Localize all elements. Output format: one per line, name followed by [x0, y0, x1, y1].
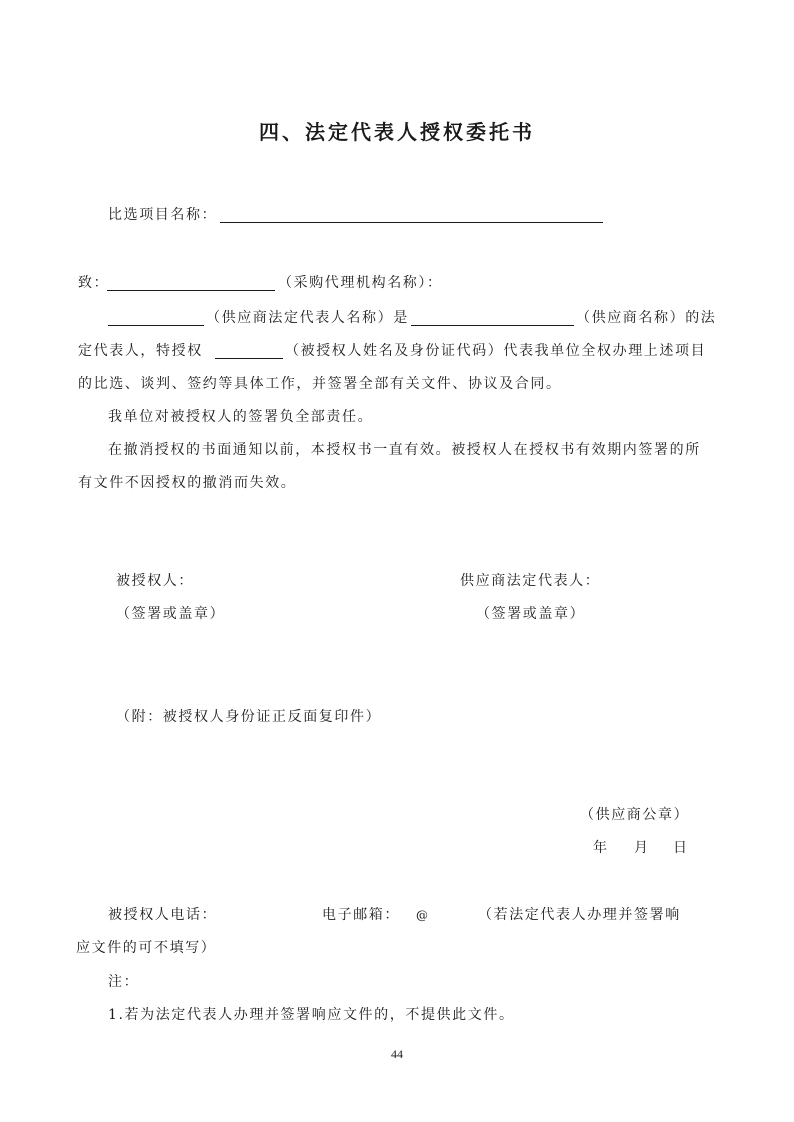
para1-seg2: （供应商名称）的法: [576, 309, 716, 327]
notes-heading: 注：: [108, 973, 139, 991]
phone-label: 被授权人电话：: [108, 906, 217, 924]
page-title: 四、法定代表人授权委托书: [0, 116, 794, 145]
authorized-person-sign-note: （签署或盖章）: [116, 605, 225, 623]
contact-note-line1: （若法定代表人办理并签署响: [478, 906, 681, 924]
supplier-name-blank[interactable]: [411, 325, 574, 326]
para1-seg1: （供应商法定代表人名称）是: [206, 309, 409, 327]
date-month: 月: [634, 839, 650, 857]
to-prefix: 致：: [78, 274, 109, 292]
project-name-blank[interactable]: [220, 222, 603, 223]
note-item-1: 1.若为法定代表人办理并签署响应文件的，不提供此文件。: [108, 1006, 515, 1024]
supplier-seal-label: （供应商公章）: [580, 806, 689, 824]
page-number: 44: [0, 1047, 794, 1062]
agency-name-blank[interactable]: [107, 290, 275, 291]
email-at: @: [416, 906, 430, 924]
para3-line2: 有文件不因授权的撤消而失效。: [78, 474, 296, 492]
date-day: 日: [673, 839, 689, 857]
to-suffix: （采购代理机构名称）：: [278, 274, 443, 292]
para2: 我单位对被授权人的签署负全部责任。: [108, 408, 373, 426]
email-label: 电子邮箱：: [322, 906, 400, 924]
para1-line3: 的比选、谈判、签约等具体工作，并签署全部有关文件、协议及合同。: [78, 375, 562, 393]
authorized-person-blank[interactable]: [215, 358, 283, 359]
para1-line2-a: 定代表人，特授权: [78, 342, 203, 360]
legal-rep-label: 供应商法定代表人：: [460, 572, 600, 590]
para1-line2-b: （被授权人姓名及身份证代码）代表我单位全权办理上述项目: [285, 342, 706, 360]
para3-line1: 在撤消授权的书面通知以前，本授权书一直有效。被授权人在授权书有效期内签署的所: [108, 441, 701, 459]
project-name-label: 比选项目名称：: [108, 206, 217, 224]
contact-note-line2: 应文件的可不填写）: [76, 939, 216, 957]
attachment-note: （附：被授权人身份证正反面复印件）: [116, 708, 381, 726]
date-year: 年: [593, 839, 609, 857]
legal-rep-sign-note: （签署或盖章）: [476, 605, 585, 623]
authorized-person-label: 被授权人：: [116, 572, 194, 590]
legal-rep-name-blank[interactable]: [108, 325, 204, 326]
